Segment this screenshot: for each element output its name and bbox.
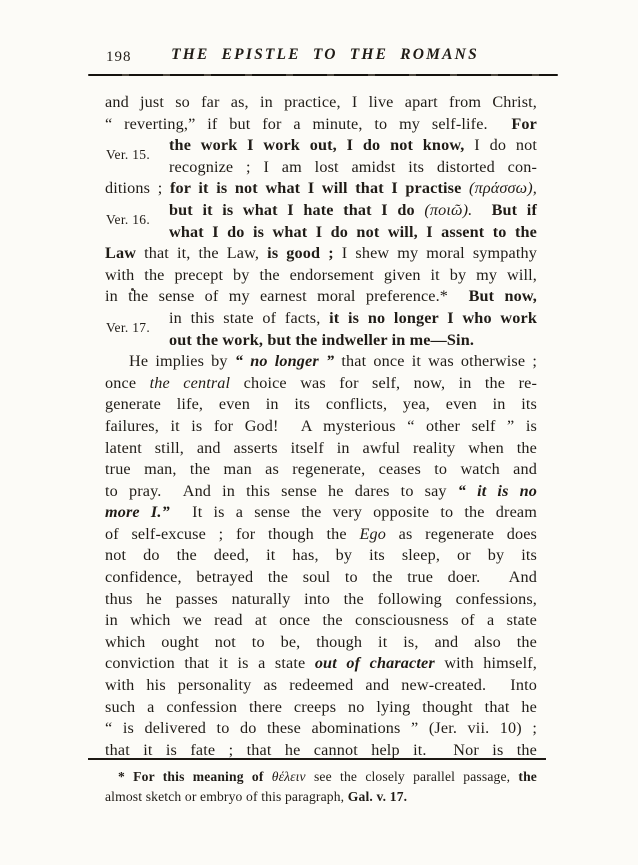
- body-line: in this state of facts, it is no longer …: [169, 308, 537, 330]
- header-rule: [88, 74, 558, 76]
- text-segment: * For this meaning of: [118, 769, 272, 784]
- text-segment: Ego: [359, 525, 386, 543]
- body-line: with the precept by the endorsement give…: [105, 265, 537, 287]
- text-segment: “ is delivered to do these abominations …: [105, 719, 537, 737]
- text-segment: of self-excuse ; for though the: [105, 525, 359, 543]
- text-segment: generate life, even in its conflicts, ye…: [105, 395, 537, 413]
- text-segment: latent still, and asserts itself in awfu…: [105, 439, 537, 457]
- text-segment: see the closely parallel passage,: [306, 769, 519, 784]
- text-segment: true man, the man as regenerate, ceases …: [105, 460, 537, 478]
- body-line: of self-excuse ; for though the Ego as r…: [105, 524, 537, 546]
- running-title: THE EPISTLE TO THE ROMANS: [105, 46, 545, 64]
- text-segment: recognize ; I am lost amidst its distort…: [169, 158, 537, 176]
- text-segment: which ought not to be, though it is, and…: [105, 633, 537, 651]
- text-segment: that it, the Law,: [144, 244, 267, 262]
- body-line: out the work, but the indweller in me—Si…: [169, 330, 537, 352]
- body-line: thus he passes naturally into the follow…: [105, 589, 537, 611]
- text-segment: choice was for self, now, in the re-: [230, 374, 537, 392]
- text-segment: He implies by: [129, 352, 235, 370]
- text-segment: that once it was otherwise ;: [334, 352, 537, 370]
- body-line: such a confession there creeps no lying …: [105, 697, 537, 719]
- body-line: what I do is what I do not will, I assen…: [169, 222, 537, 244]
- text-segment: It is a sense the very opposite to the d…: [170, 503, 537, 521]
- text-segment: Law: [105, 244, 144, 262]
- body-line: Law that it, the Law, is good ; I shew m…: [105, 243, 537, 265]
- verse-margin-note: Ver. 16.: [106, 212, 150, 228]
- text-segment: out the work, but the indweller in me—Si…: [169, 331, 474, 349]
- footnote-line: * For this meaning of θέλειν see the clo…: [105, 767, 537, 787]
- text-segment: not do the deed, it has, by its sleep, o…: [105, 546, 537, 564]
- text-segment: “ no longer ”: [235, 352, 334, 370]
- body-line: to pray. And in this sense he dares to s…: [105, 481, 537, 503]
- text-segment: thus he passes naturally into the follow…: [105, 590, 537, 608]
- body-line: more I.” It is a sense the very opposite…: [105, 502, 537, 524]
- text-segment: it is no longer I who work: [329, 309, 537, 327]
- body-line: and just so far as, in practice, I live …: [105, 92, 537, 114]
- text-segment: “ reverting,” if but for a minute, to my…: [105, 115, 511, 133]
- text-segment: I do not: [474, 136, 537, 154]
- text-segment: once: [105, 374, 150, 392]
- text-segment: For: [511, 115, 537, 133]
- text-segment: θέλειν: [272, 769, 306, 784]
- verse-margin-note: Ver. 15.: [106, 147, 150, 163]
- text-segment: as regenerate does: [386, 525, 537, 543]
- text-segment: to pray. And in this sense he dares to s…: [105, 482, 458, 500]
- body-line: “ is delivered to do these abominations …: [105, 718, 537, 740]
- body-line: confidence, betrayed the soul to the tru…: [105, 567, 537, 589]
- verse-margin-note: Ver. 17.: [106, 320, 150, 336]
- text-segment: I shew my moral sympathy: [342, 244, 537, 262]
- text-segment: failures, it is for God! A mysterious “ …: [105, 417, 537, 435]
- text-segment: and just so far as, in practice, I live …: [105, 93, 537, 111]
- text-segment: the central: [150, 374, 231, 392]
- body-line: which ought not to be, though it is, and…: [105, 632, 537, 654]
- text-segment: But now,: [469, 287, 537, 305]
- text-segment: with himself,: [435, 654, 537, 672]
- text-segment: but it is what I hate that I do: [169, 201, 424, 219]
- body-line: failures, it is for God! A mysterious “ …: [105, 416, 537, 438]
- body-line: latent still, and asserts itself in awfu…: [105, 438, 537, 460]
- text-segment: ditions ;: [105, 179, 170, 197]
- body-line: true man, the man as regenerate, ceases …: [105, 459, 537, 481]
- text-segment: such a confession there creeps no lying …: [105, 698, 537, 716]
- text-segment: (πράσσω),: [469, 179, 537, 197]
- text-segment: Gal. v. 17.: [348, 789, 407, 804]
- text-segment: confidence, betrayed the soul to the tru…: [105, 568, 537, 586]
- body-line: but it is what I hate that I do (ποιῶ). …: [169, 200, 537, 222]
- body-line: the work I work out, I do not know, I do…: [169, 135, 537, 157]
- body-line: conviction that it is a state out of cha…: [105, 653, 537, 675]
- text-segment: conviction that it is a state: [105, 654, 315, 672]
- text-segment: But if: [492, 201, 537, 219]
- text-segment: [472, 201, 491, 219]
- text-segment: “ it is no: [458, 482, 537, 500]
- text-segment: in the sense of my earnest moral prefere…: [105, 287, 469, 305]
- footnote: * For this meaning of θέλειν see the clo…: [105, 767, 537, 807]
- text-segment: with the precept by the endorsement give…: [105, 266, 537, 284]
- book-page: 198 THE EPISTLE TO THE ROMANS and just s…: [0, 0, 638, 865]
- body-line: recognize ; I am lost amidst its distort…: [169, 157, 537, 179]
- body-text: and just so far as, in practice, I live …: [105, 92, 537, 761]
- running-header: 198 THE EPISTLE TO THE ROMANS: [105, 46, 537, 68]
- text-segment: in which we read at once the consciousne…: [105, 611, 537, 629]
- text-segment: for it is not what I will that I practis…: [170, 179, 469, 197]
- body-line: in which we read at once the consciousne…: [105, 610, 537, 632]
- body-line: “ reverting,” if but for a minute, to my…: [105, 114, 537, 136]
- body-line: not do the deed, it has, by its sleep, o…: [105, 545, 537, 567]
- text-segment: (ποιῶ).: [424, 201, 472, 219]
- body-line: generate life, even in its conflicts, ye…: [105, 394, 537, 416]
- text-segment: is good ;: [267, 244, 342, 262]
- text-segment: with his personality as redeemed and new…: [105, 676, 537, 694]
- body-line: in the sense of my earnest moral prefere…: [105, 286, 537, 308]
- text-segment: the work I work out, I do not know,: [169, 136, 474, 154]
- footnote-rule: [88, 758, 546, 760]
- body-line: once the central choice was for self, no…: [105, 373, 537, 395]
- text-segment: what I do is what I do not will, I assen…: [169, 223, 537, 241]
- footnote-line: almost sketch or embryo of this paragrap…: [105, 787, 537, 807]
- text-segment: more I.”: [105, 503, 170, 521]
- body-line: ditions ; for it is not what I will that…: [105, 178, 537, 200]
- body-line: He implies by “ no longer ” that once it…: [105, 351, 537, 373]
- text-segment: the: [518, 769, 537, 784]
- text-segment: out of character: [315, 654, 435, 672]
- body-line: with his personality as redeemed and new…: [105, 675, 537, 697]
- ink-spot: [131, 288, 134, 291]
- text-segment: that it is fate ; that he cannot help it…: [105, 741, 537, 759]
- text-segment: almost sketch or embryo of this paragrap…: [105, 789, 348, 804]
- text-segment: in this state of facts,: [169, 309, 329, 327]
